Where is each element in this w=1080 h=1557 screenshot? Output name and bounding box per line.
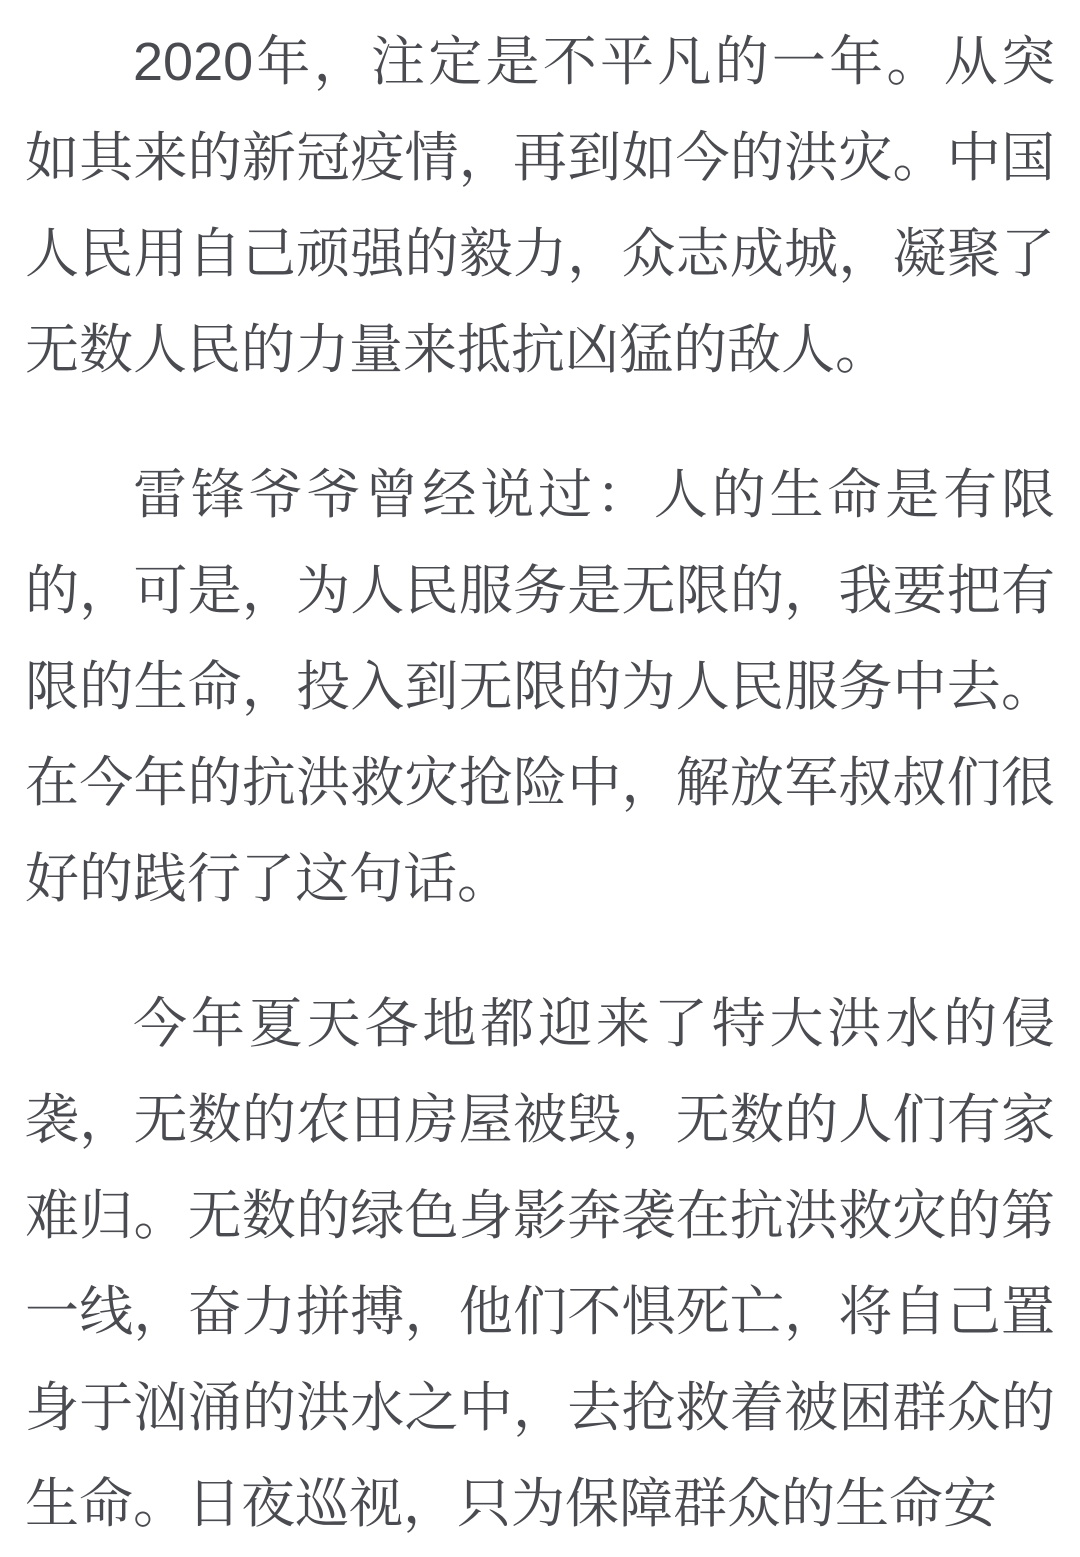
- essay-paragraph-3: 今年夏天各地都迎来了特大洪水的侵袭，无数的农田房屋被毁，无数的人们有家难归。无数…: [25, 976, 1055, 1552]
- essay-paragraph-1: 2020年，注定是不平凡的一年。从突如其来的新冠疫情，再到如今的洪灾。中国人民用…: [25, 14, 1055, 398]
- essay-paragraph-2: 雷锋爷爷曾经说过：人的生命是有限的，可是，为人民服务是无限的，我要把有限的生命，…: [25, 447, 1055, 927]
- essay-page: 2020年，注定是不平凡的一年。从突如其来的新冠疫情，再到如今的洪灾。中国人民用…: [0, 0, 1080, 1557]
